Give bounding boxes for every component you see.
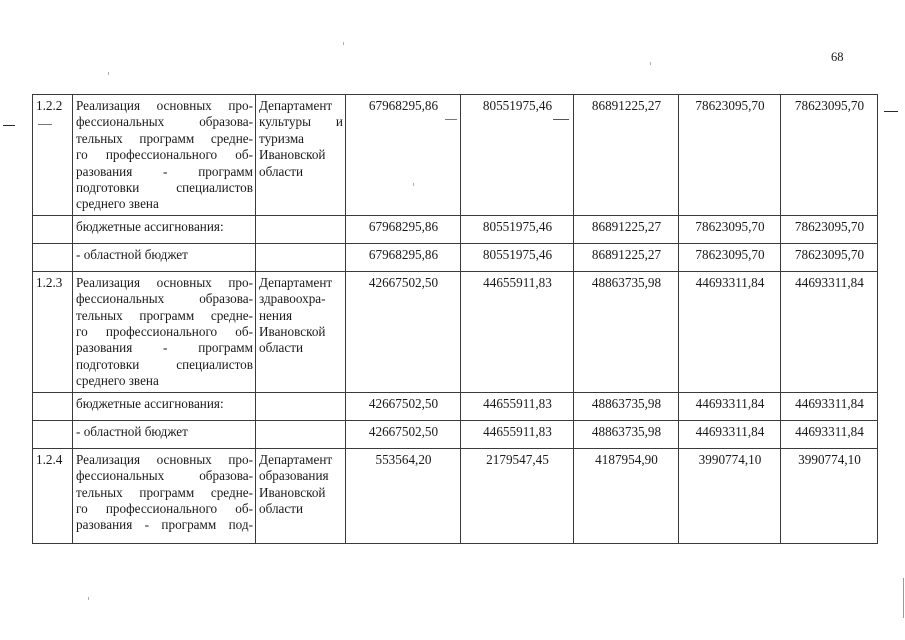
item-code (33, 215, 73, 243)
amount-year-1: 553564,20 (346, 448, 461, 543)
responsible-department: Департаментздравоохра-ненияИвановскойобл… (256, 271, 346, 392)
amount-year-4: 3990774,10 (679, 448, 781, 543)
department-line: здравоохра- (259, 291, 343, 307)
amount-year-5: 78623095,70 (781, 95, 878, 216)
amount-year-2: 2179547,45 (461, 448, 574, 543)
department-line: Департамент (259, 98, 343, 114)
description-line: Реализация основных про- (76, 98, 253, 114)
amount-year-1: 67968295,86 (346, 215, 461, 243)
table-body: 1.2.2Реализация основных про-фессиональн… (33, 95, 878, 544)
department-line: Департамент (259, 275, 343, 291)
amount-year-3: 4187954,90 (574, 448, 679, 543)
responsible-department: ДепартаментобразованияИвановскойобласти (256, 448, 346, 543)
description-line: среднего звена (76, 373, 253, 389)
department-line: нения (259, 308, 343, 324)
responsible-department: Департаменткультуры итуризмаИвановскойоб… (256, 95, 346, 216)
item-description: Реализация основных про-фессиональных об… (73, 95, 256, 216)
page-number: 68 (831, 50, 844, 65)
department-line: Департамент (259, 452, 343, 468)
item-code: 1.2.4 (33, 448, 73, 543)
department-line: Ивановской (259, 324, 343, 340)
amount-year-4: 44693311,84 (679, 392, 781, 420)
description-line: разования - программ (76, 340, 253, 356)
amount-year-4: 44693311,84 (679, 271, 781, 392)
department-line: культуры и (259, 114, 343, 130)
item-row: 1.2.4Реализация основных про-фессиональн… (33, 448, 878, 543)
amount-year-4: 78623095,70 (679, 215, 781, 243)
amount-year-5: 78623095,70 (781, 215, 878, 243)
amount-year-2: 80551975,46 (461, 243, 574, 271)
description-line: разования - программ (76, 164, 253, 180)
description-line: фессиональных образова- (76, 114, 253, 130)
description-line: го профессионального об- (76, 324, 253, 340)
amount-year-4: 78623095,70 (679, 95, 781, 216)
amount-year-4: 44693311,84 (679, 420, 781, 448)
amount-year-2: 44655911,83 (461, 420, 574, 448)
subtotal-row: - областной бюджет67968295,8680551975,46… (33, 243, 878, 271)
description-line: го профессионального об- (76, 501, 253, 517)
scan-dot (650, 62, 651, 65)
empty-cell (256, 392, 346, 420)
scan-mark (445, 119, 457, 120)
amount-year-2: 80551975,46 (461, 215, 574, 243)
empty-cell (256, 243, 346, 271)
scan-mark (903, 578, 904, 618)
amount-year-2: 80551975,46 (461, 95, 574, 216)
subtotal-row: бюджетные ассигнования:42667502,50446559… (33, 392, 878, 420)
amount-year-1: 67968295,86 (346, 243, 461, 271)
description-line: го профессионального об- (76, 147, 253, 163)
scan-mark (38, 124, 52, 125)
scan-dot (108, 72, 109, 75)
funding-label: - областной бюджет (73, 243, 256, 271)
department-line: Ивановской (259, 147, 343, 163)
amount-year-3: 86891225,27 (574, 215, 679, 243)
amount-year-5: 44693311,84 (781, 392, 878, 420)
department-line: туризма (259, 131, 343, 147)
description-line: Реализация основных про- (76, 452, 253, 468)
department-line: области (259, 340, 343, 356)
amount-year-3: 86891225,27 (574, 243, 679, 271)
amount-year-5: 44693311,84 (781, 420, 878, 448)
amount-year-4: 78623095,70 (679, 243, 781, 271)
scan-mark (3, 125, 15, 126)
amount-year-3: 48863735,98 (574, 271, 679, 392)
description-line: среднего звена (76, 196, 253, 212)
funding-label: бюджетные ассигнования: (73, 392, 256, 420)
department-line: Ивановской (259, 485, 343, 501)
department-line: области (259, 164, 343, 180)
item-code: 1.2.2 (33, 95, 73, 216)
amount-year-5: 3990774,10 (781, 448, 878, 543)
amount-year-2: 44655911,83 (461, 392, 574, 420)
item-row: 1.2.2Реализация основных про-фессиональн… (33, 95, 878, 216)
amount-year-1: 42667502,50 (346, 271, 461, 392)
description-line: фессиональных образова- (76, 468, 253, 484)
empty-cell (256, 420, 346, 448)
item-row: 1.2.3Реализация основных про-фессиональн… (33, 271, 878, 392)
description-line: тельных программ средне- (76, 485, 253, 501)
description-line: фессиональных образова- (76, 291, 253, 307)
subtotal-row: - областной бюджет42667502,5044655911,83… (33, 420, 878, 448)
item-code: 1.2.3 (33, 271, 73, 392)
amount-year-5: 78623095,70 (781, 243, 878, 271)
item-code (33, 243, 73, 271)
description-line: тельных программ средне- (76, 131, 253, 147)
funding-label: бюджетные ассигнования: (73, 215, 256, 243)
amount-year-3: 48863735,98 (574, 420, 679, 448)
department-line: области (259, 501, 343, 517)
amount-year-2: 44655911,83 (461, 271, 574, 392)
description-line: подготовки специалистов (76, 180, 253, 196)
empty-cell (256, 215, 346, 243)
amount-year-1: 67968295,86 (346, 95, 461, 216)
scan-mark (884, 111, 898, 112)
scan-dot (413, 183, 414, 186)
description-line: подготовки специалистов (76, 357, 253, 373)
item-code (33, 420, 73, 448)
scan-dot (343, 42, 344, 45)
amount-year-1: 42667502,50 (346, 420, 461, 448)
amount-year-1: 42667502,50 (346, 392, 461, 420)
item-description: Реализация основных про-фессиональных об… (73, 271, 256, 392)
scan-mark (553, 119, 569, 120)
subtotal-row: бюджетные ассигнования:67968295,86805519… (33, 215, 878, 243)
description-line: тельных программ средне- (76, 308, 253, 324)
description-line: разования - программ под- (76, 517, 253, 533)
amount-year-3: 86891225,27 (574, 95, 679, 216)
amount-year-5: 44693311,84 (781, 271, 878, 392)
department-line: образования (259, 468, 343, 484)
funding-label: - областной бюджет (73, 420, 256, 448)
amount-year-3: 48863735,98 (574, 392, 679, 420)
item-description: Реализация основных про-фессиональных об… (73, 448, 256, 543)
description-line: Реализация основных про- (76, 275, 253, 291)
budget-table: 1.2.2Реализация основных про-фессиональн… (32, 94, 878, 544)
item-code (33, 392, 73, 420)
scan-dot (88, 597, 89, 600)
